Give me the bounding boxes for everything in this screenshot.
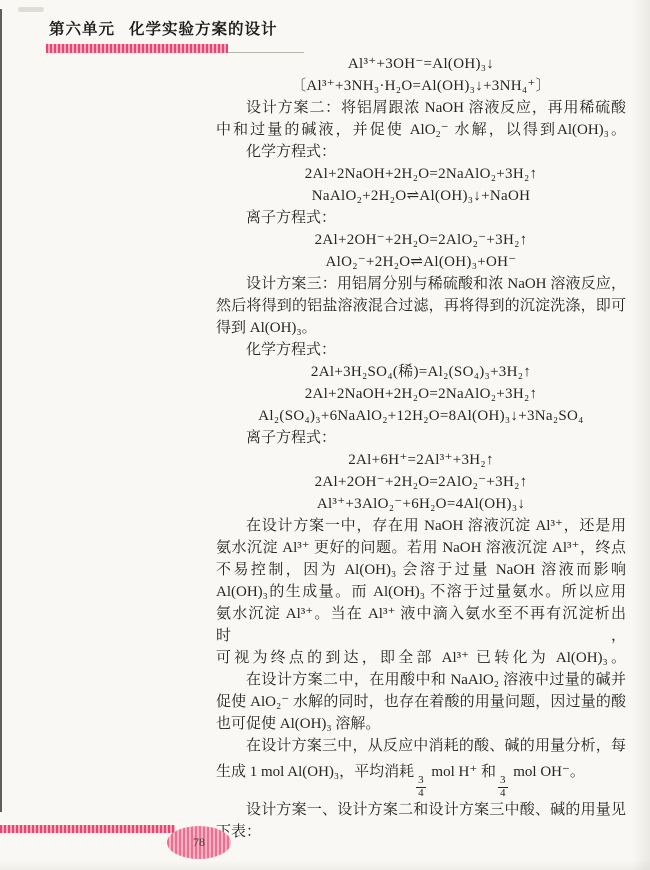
fraction-denominator: 4 <box>416 787 426 800</box>
page-edge-shade-right <box>632 0 650 870</box>
text-line: 在设计方案三中，从反应中消耗的酸、碱的用量分析，每 <box>216 735 626 757</box>
header-stripe-bar <box>46 44 228 53</box>
acid-base-usage-line: 生成 1 mol Al(OH)₃，平均消耗34 mol H⁺ 和34 mol O… <box>216 757 626 799</box>
text-line: 可视为终点的到达，即全部 Al³⁺ 已转化为 Al(OH)₃。 <box>216 647 626 669</box>
text-line: 在设计方案二中，在用酸中和 NaAlO₂ 溶液中过量的碱并 <box>216 669 626 691</box>
usage-text-mid: mol H⁺ 和 <box>428 764 496 780</box>
usage-text-pre: 生成 1 mol Al(OH)₃，平均消耗 <box>216 764 414 780</box>
fraction-numerator: 3 <box>498 775 508 787</box>
equation-line: 2Al+6H⁺=2Al³⁺+3H₂↑ <box>216 449 626 471</box>
section-label: 离子方程式： <box>216 207 626 229</box>
equation-line: 2Al+3H₂SO₄(稀)=Al₂(SO₄)₃+3H₂↑ <box>216 361 626 383</box>
fraction-numerator: 3 <box>416 775 426 787</box>
text-line: 下表： <box>216 821 626 843</box>
page-left-edge-line <box>0 9 2 812</box>
text-line: 设计方案三：用铝屑分别与稀硫酸和浓 NaOH 溶液反应， <box>216 273 626 295</box>
section-label: 化学方程式： <box>216 339 626 361</box>
equation-line: 2Al+2NaOH+2H₂O=2NaAlO₂+3H₂↑ <box>216 383 626 405</box>
text-line: 中和过量的碱液，并促使 AlO₂⁻ 水解，以得到Al(OH)₃。 <box>216 119 626 141</box>
equation-line: 2Al+2NaOH+2H₂O=2NaAlO₂+3H₂↑ <box>216 163 626 185</box>
text-line: 在设计方案一中，存在用 NaOH 溶液沉淀 Al³⁺，还是用 <box>216 515 626 537</box>
section-label: 离子方程式： <box>216 427 626 449</box>
section-label: 化学方程式： <box>216 141 626 163</box>
fraction-denominator: 4 <box>498 787 508 800</box>
scan-artifact <box>18 7 44 12</box>
text-line: 也可促使 Al(OH)₃ 溶解。 <box>216 713 626 735</box>
equation-line: NaAlO₂+2H₂O⇌Al(OH)₃↓+NaOH <box>216 185 626 207</box>
equation-line: Al³⁺+3OH⁻=Al(OH)₃↓ <box>216 53 626 75</box>
equation-line: 2Al+2OH⁻+2H₂O=2AlO₂⁻+3H₂↑ <box>216 229 626 251</box>
text-line: 促使 AlO₂⁻ 水解的同时，也存在着酸的用量问题，因过量的酸 <box>216 691 626 713</box>
equation-line: Al₂(SO₄)₃+6NaAlO₂+12H₂O=8Al(OH)₃↓+3Na₂SO… <box>216 405 626 427</box>
page-number-badge: 78 <box>167 826 231 859</box>
equation-line: 2Al+2OH⁻+2H₂O=2AlO₂⁻+3H₂↑ <box>216 471 626 493</box>
page-header: 第六单元化学实验方案的设计 <box>49 17 278 39</box>
body-text: Al³⁺+3OH⁻=Al(OH)₃↓ 〔Al³⁺+3NH₃·H₂O=Al(OH)… <box>216 53 626 843</box>
equation-line: Al³⁺+3AlO₂⁻+6H₂O=4Al(OH)₃↓ <box>216 493 626 515</box>
text-line: 设计方案二：将铝屑跟浓 NaOH 溶液反应，再用稀硫酸 <box>216 97 626 119</box>
fraction-three-fourths: 34 <box>416 775 426 799</box>
text-line: 氨水沉淀 Al³⁺ 更好的问题。若用 NaOH 溶液沉淀 Al³⁺，终点 <box>216 537 626 559</box>
text-line: 然后将得到的铝盐溶液混合过滤，再将得到的沉淀洗涤，即可 <box>216 295 626 317</box>
text-line: 得到 Al(OH)₃。 <box>216 317 626 339</box>
text-line: 氨水沉淀 Al³⁺。当在 Al³⁺ 液中滴入氨水至不再有沉淀析出时， <box>216 603 626 647</box>
page-number: 78 <box>193 835 205 850</box>
text-line: Al(OH)₃的生成量。而 Al(OH)₃ 不溶于过量氨水。所以应用 <box>216 581 626 603</box>
equation-line: AlO₂⁻+2H₂O⇌Al(OH)₃+OH⁻ <box>216 251 626 273</box>
unit-label: 第六单元 <box>49 21 115 38</box>
fraction-three-fourths: 34 <box>498 775 508 799</box>
chapter-title: 化学实验方案的设计 <box>129 21 278 38</box>
usage-text-post: mol OH⁻。 <box>510 764 585 780</box>
text-line: 设计方案一、设计方案二和设计方案三中酸、碱的用量见 <box>216 799 626 821</box>
equation-line: 〔Al³⁺+3NH₃·H₂O=Al(OH)₃↓+3NH₄⁺〕 <box>216 75 626 97</box>
page-edge-shade-bottom <box>0 860 650 870</box>
text-line: 不易控制，因为 Al(OH)₃ 会溶于过量 NaOH 溶液而影响 <box>216 559 626 581</box>
footer-stripe-line <box>0 825 175 833</box>
